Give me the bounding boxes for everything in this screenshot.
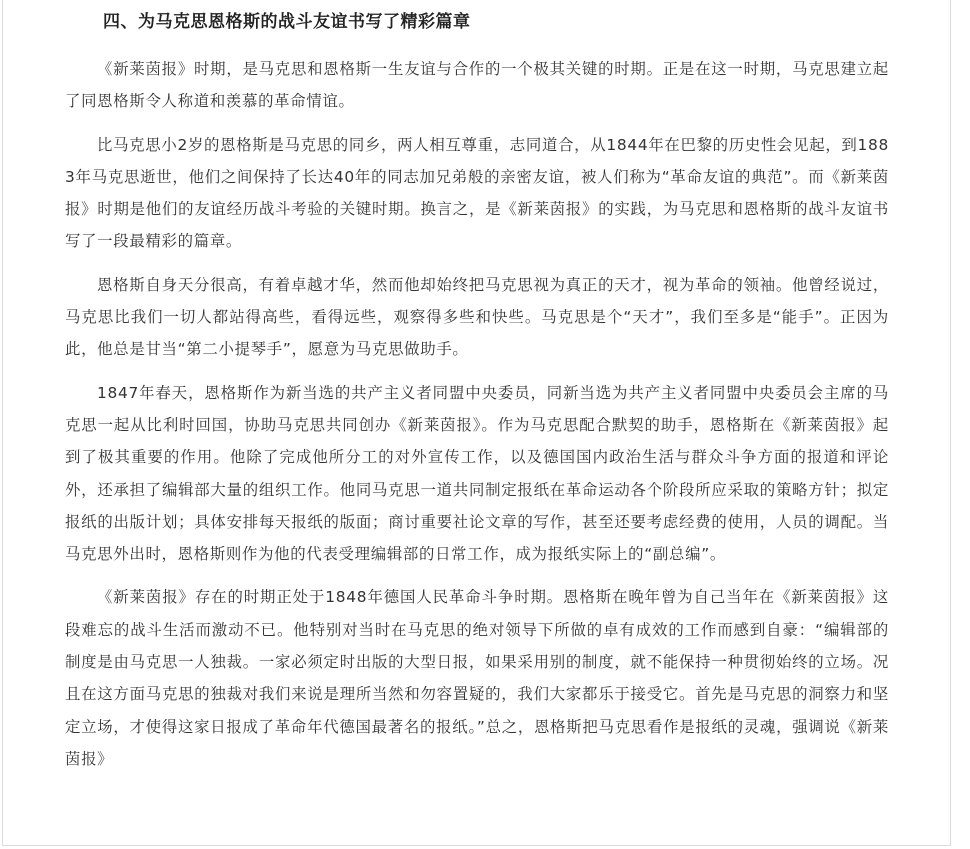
paragraph-3: 恩格斯自身天分很高，有着卓越才华，然而他却始终把马克思视为真正的天才，视为革命的… (65, 269, 889, 366)
section-title: 四、为马克思恩格斯的战斗友谊书写了精彩篇章 (65, 10, 889, 34)
paragraph-2: 比马克思小2岁的恩格斯是马克思的同乡，两人相互尊重，志同道合，从1844年在巴黎… (65, 129, 889, 258)
paragraph-5: 《新莱茵报》存在的时期正处于1848年德国人民革命斗争时期。恩格斯在晚年曾为自己… (65, 581, 889, 775)
paragraph-1: 《新莱茵报》时期，是马克思和恩格斯一生友谊与合作的一个极其关键的时期。正是在这一… (65, 53, 889, 118)
paragraph-4: 1847年春天，恩格斯作为新当选的共产主义者同盟中央委员，同新当选为共产主义者同… (65, 377, 889, 571)
article-body: 四、为马克思恩格斯的战斗友谊书写了精彩篇章 《新莱茵报》时期，是马克思和恩格斯一… (65, 0, 889, 775)
